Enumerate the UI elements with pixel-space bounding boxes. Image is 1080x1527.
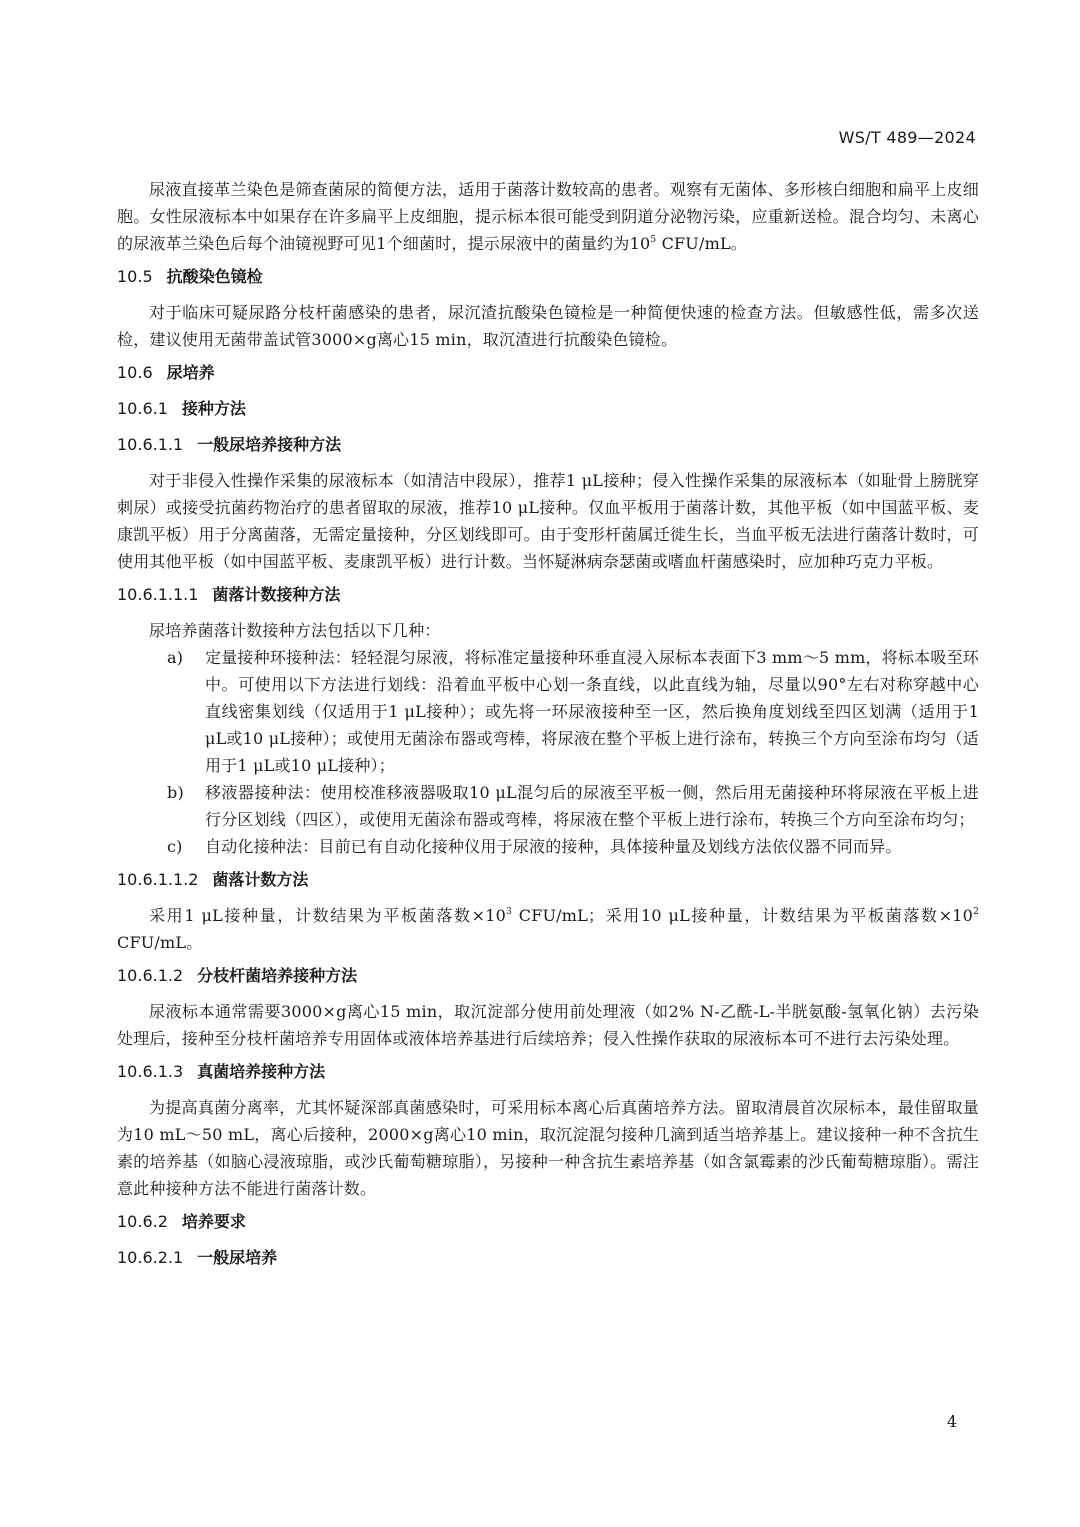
document-body: 尿液直接革兰染色是筛查菌尿的简便方法，适用于菌落计数较高的患者。观察有无菌体、多… (117, 176, 979, 1280)
heading-10-6-1-1-1: 10.6.1.1.1菌落计数接种方法 (117, 581, 979, 608)
standard-code: WS/T 489—2024 (839, 128, 976, 147)
list-lead: 尿培养菌落计数接种方法包括以下几种： (117, 617, 979, 644)
paragraph-10-6-1-1: 对于非侵入性操作采集的尿液标本（如清洁中段尿），推荐1 μL接种；侵入性操作采集… (117, 467, 979, 575)
heading-10-6-1-1-2: 10.6.1.1.2菌落计数方法 (117, 866, 979, 893)
list-item: a) 定量接种环接种法：轻轻混匀尿液，将标准定量接种环垂直浸入尿标本表面下3 m… (117, 644, 979, 779)
heading-10-6-1-3: 10.6.1.3真菌培养接种方法 (117, 1058, 979, 1085)
heading-10-6-2-1: 10.6.2.1一般尿培养 (117, 1244, 979, 1271)
heading-10-6-1-2: 10.6.1.2分枝杆菌培养接种方法 (117, 962, 979, 989)
paragraph-10-5: 对于临床可疑尿路分枝杆菌感染的患者，尿沉渣抗酸染色镜检是一种简便快速的检查方法。… (117, 299, 979, 353)
heading-10-6-2: 10.6.2培养要求 (117, 1208, 979, 1235)
list-item: b) 移液器接种法：使用校准移液器吸取10 μL混匀后的尿液至平板一侧，然后用无… (117, 779, 979, 833)
heading-10-6: 10.6尿培养 (117, 359, 979, 386)
paragraph-10-6-1-2: 尿液标本通常需要3000×g离心15 min，取沉淀部分使用前处理液（如2% N… (117, 998, 979, 1052)
list-item: c) 自动化接种法：目前已有自动化接种仪用于尿液的接种，具体接种量及划线方法依仪… (117, 833, 979, 860)
heading-10-6-1-1: 10.6.1.1一般尿培养接种方法 (117, 431, 979, 458)
page-number: 4 (947, 1412, 957, 1431)
document-page: WS/T 489—2024 尿液直接革兰染色是筛查菌尿的简便方法，适用于菌落计数… (0, 0, 1080, 1527)
paragraph-10-6-1-1-2: 采用1 μL接种量，计数结果为平板菌落数×103 CFU/mL；采用10 μL接… (117, 902, 979, 956)
inoculation-methods-list: a) 定量接种环接种法：轻轻混匀尿液，将标准定量接种环垂直浸入尿标本表面下3 m… (117, 644, 979, 860)
heading-10-5: 10.5抗酸染色镜检 (117, 263, 979, 290)
paragraph-10-6-1-3: 为提高真菌分离率，尤其怀疑深部真菌感染时，可采用标本离心后真菌培养方法。留取清晨… (117, 1094, 979, 1202)
intro-paragraph: 尿液直接革兰染色是筛查菌尿的简便方法，适用于菌落计数较高的患者。观察有无菌体、多… (117, 176, 979, 257)
heading-10-6-1: 10.6.1接种方法 (117, 395, 979, 422)
